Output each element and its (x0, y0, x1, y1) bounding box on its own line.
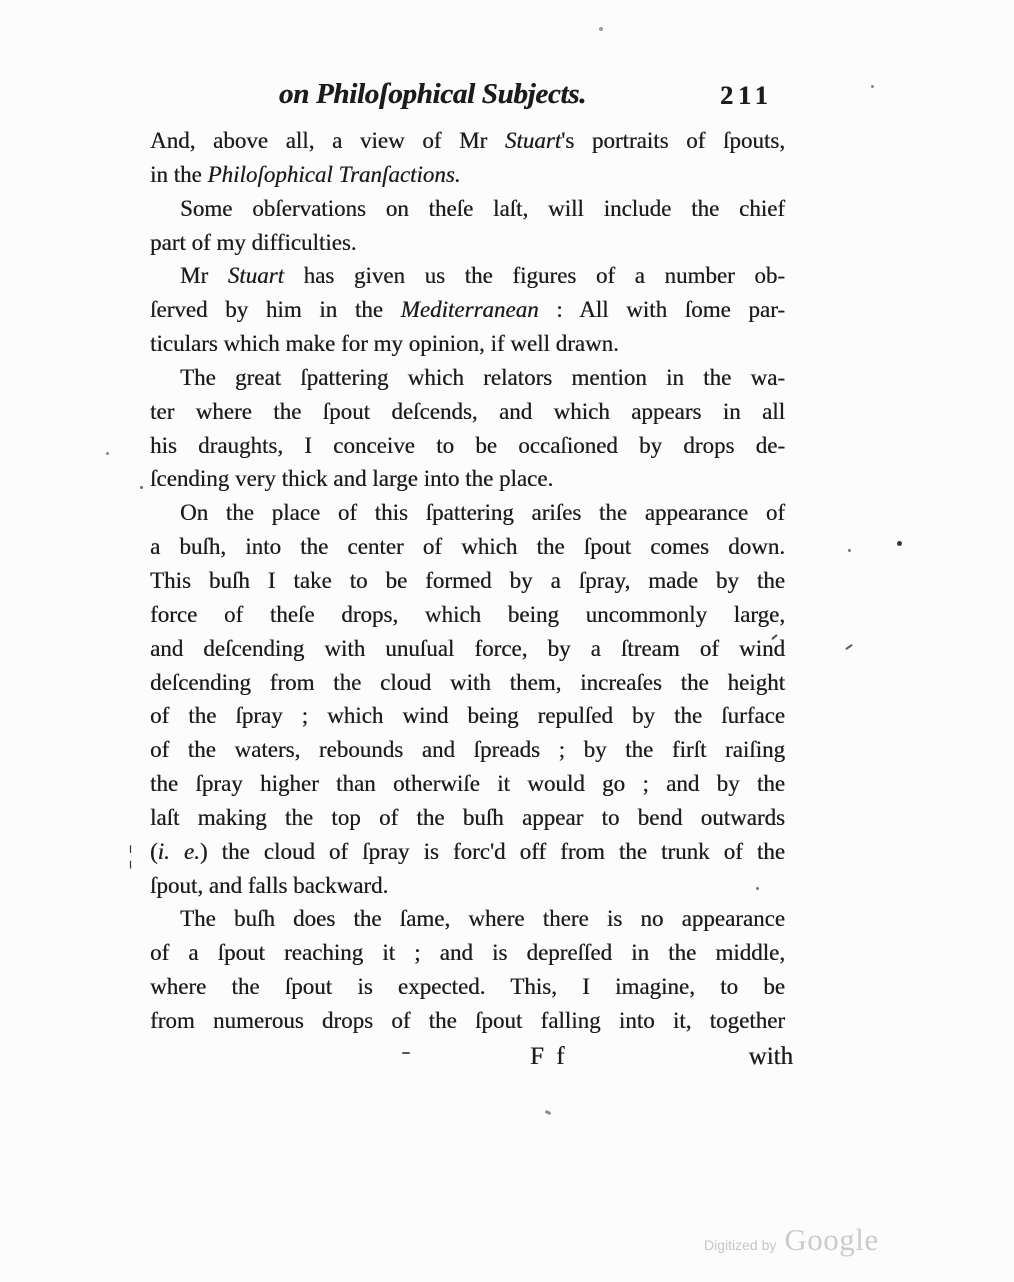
text-segment: : All with ſome par- (539, 297, 785, 322)
text-line: a buſh, into the center of which the ſpo… (150, 530, 785, 564)
text-segment: Some obſervations on theſe laſt, will in… (180, 196, 785, 221)
text-segment: This buſh I take to be formed by a ſpray… (150, 568, 785, 593)
text-segment: in the (150, 162, 208, 187)
text-segment: part of my difficulties. (150, 230, 357, 255)
text-segment: and deſcending with unuſual force, by a … (150, 636, 785, 661)
book-page: on Philoſophical Subjects. 211 ¦ And, ab… (0, 0, 1014, 1282)
text-segment: of a ſpout reaching it ; and is depreſſe… (150, 940, 785, 965)
text-line: And, above all, a view of Mr Stuart's po… (150, 124, 785, 158)
text-line: deſcending from the cloud with them, inc… (150, 666, 785, 700)
text-line: This buſh I take to be formed by a ſpray… (150, 564, 785, 598)
text-line: The buſh does the ſame, where there is n… (150, 902, 785, 936)
ink-speck (756, 887, 759, 890)
ink-speck (545, 1110, 552, 1115)
text-line: of the ſpray ; which wind being repulſed… (150, 699, 785, 733)
text-line: force of theſe drops, which being uncomm… (150, 598, 785, 632)
digitization-watermark: Digitized by Google (704, 1222, 879, 1258)
text-line: The great ſpattering which relators ment… (150, 361, 785, 395)
text-line: from numerous drops of the ſpout falling… (150, 1004, 785, 1038)
italic-text-segment: Stuart (228, 263, 284, 288)
page-number: 211 (720, 81, 773, 111)
text-line: and deſcending with unuſual force, by a … (150, 632, 785, 666)
text-segment: deſcending from the cloud with them, inc… (150, 670, 785, 695)
ink-speck (845, 644, 853, 650)
ink-speck (106, 452, 109, 455)
text-segment: On the place of this ſpattering ariſes t… (180, 500, 785, 525)
italic-text-segment: i. e. (158, 839, 200, 864)
text-segment: ) the cloud of ſpray is forc'd off from … (200, 839, 785, 864)
running-title: on Philoſophical Subjects. (150, 78, 715, 111)
digitized-by-label: Digitized by (704, 1237, 776, 1253)
text-line: his draughts, I conceive to be occaſione… (150, 429, 785, 463)
text-segment: ſcending very thick and large into the p… (150, 466, 553, 491)
text-line: laſt making the top of the buſh appear t… (150, 801, 785, 835)
italic-text-segment: Philoſophical Tranſactions. (208, 162, 461, 187)
ink-speck (140, 486, 143, 489)
text-segment: the ſpray higher than otherwiſe it would… (150, 771, 785, 796)
text-block: And, above all, a view of Mr Stuart's po… (150, 124, 785, 1038)
italic-text-segment: Mediterranean (401, 297, 539, 322)
text-segment: ticulars which make for my opinion, if w… (150, 331, 619, 356)
ink-speck (871, 85, 874, 88)
text-segment: from numerous drops of the ſpout falling… (150, 1008, 785, 1033)
ink-speck (848, 549, 851, 552)
marginal-mark: ¦ (128, 842, 133, 870)
text-line: ter where the ſpout deſcends, and which … (150, 395, 785, 429)
text-segment: Mr (180, 263, 228, 288)
text-segment: has given us the figures of a number ob- (284, 263, 785, 288)
text-line: the ſpray higher than otherwiſe it would… (150, 767, 785, 801)
text-line: ticulars which make for my opinion, if w… (150, 327, 785, 361)
text-line: Some obſervations on theſe laſt, will in… (150, 192, 785, 226)
text-line: in the Philoſophical Tranſactions. (150, 158, 785, 192)
text-line: ſcending very thick and large into the p… (150, 462, 785, 496)
text-segment: The great ſpattering which relators ment… (180, 365, 785, 390)
text-segment: The buſh does the ſame, where there is n… (180, 906, 785, 931)
text-segment: laſt making the top of the buſh appear t… (150, 805, 785, 830)
text-segment: of the waters, rebounds and ſpreads ; by… (150, 737, 785, 762)
text-line: ſerved by him in the Mediterranean : All… (150, 293, 785, 327)
text-line: where the ſpout is expected. This, I ima… (150, 970, 785, 1004)
google-logo: Google (784, 1222, 878, 1258)
ink-speck (897, 541, 902, 546)
text-line: of a ſpout reaching it ; and is depreſſe… (150, 936, 785, 970)
text-segment: ter where the ſpout deſcends, and which … (150, 399, 785, 424)
signature-line: F f with (150, 1040, 793, 1074)
text-line: Mr Stuart has given us the figures of a … (150, 259, 785, 293)
text-line: (i. e.) the cloud of ſpray is forc'd off… (150, 835, 785, 869)
signature-mark: F f (530, 1040, 567, 1074)
text-segment: a buſh, into the center of which the ſpo… (150, 534, 785, 559)
text-segment: where the ſpout is expected. This, I ima… (150, 974, 785, 999)
text-line: of the waters, rebounds and ſpreads ; by… (150, 733, 785, 767)
text-segment: 's portraits of ſpouts, (561, 128, 785, 153)
text-segment: ſpout, and falls backward. (150, 873, 388, 898)
text-segment: ( (150, 839, 158, 864)
text-segment: And, above all, a view of Mr (150, 128, 505, 153)
text-segment: of the ſpray ; which wind being repulſed… (150, 703, 785, 728)
text-segment: force of theſe drops, which being uncomm… (150, 602, 785, 627)
catchword: with (749, 1040, 793, 1074)
text-segment: his draughts, I conceive to be occaſione… (150, 433, 785, 458)
ink-speck (402, 1052, 410, 1054)
text-line: On the place of this ſpattering ariſes t… (150, 496, 785, 530)
page-header: on Philoſophical Subjects. 211 (150, 78, 785, 120)
ink-speck (599, 27, 603, 31)
text-segment: ſerved by him in the (150, 297, 401, 322)
italic-text-segment: Stuart (505, 128, 561, 153)
text-line: part of my difficulties. (150, 226, 785, 260)
text-line: ſpout, and falls backward. (150, 869, 785, 903)
